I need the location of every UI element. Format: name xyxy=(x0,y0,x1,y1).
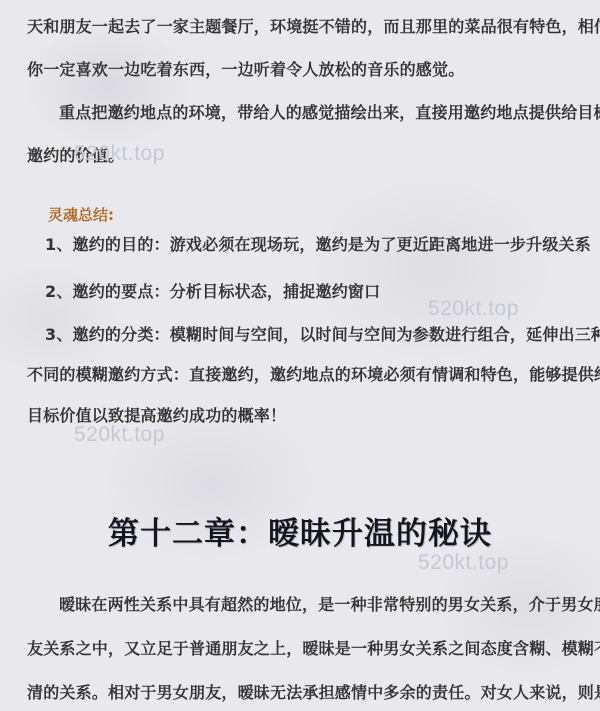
list-item-line: 1、邀约的目的：游戏必须在现场玩，邀约是为了更近距离地进一步升级关系 xyxy=(45,236,591,254)
document-page: { "colors": { "background": "#e9e8ec", "… xyxy=(0,0,600,711)
watermark: 520kt.top xyxy=(74,142,165,166)
paragraph-line: 重点把邀约地点的环境，带给人的感觉描绘出来，直接用邀约地点提供给目标 xyxy=(59,104,600,122)
list-item-line: 目标价值以致提高邀约成功的概率！ xyxy=(27,407,286,425)
paragraph-line: 清的关系。相对于男女朋友，暧昧无法承担感情中多余的责任。对女人来说，则是 xyxy=(27,684,600,702)
paragraph-line: 友关系之中，又立足于普通朋友之上，暧昧是一种男女关系之间态度含糊、模糊不 xyxy=(27,640,600,658)
paragraph-line: 你一定喜欢一边吃着东西，一边听着令人放松的音乐的感觉。 xyxy=(27,61,464,79)
watermark: 520kt.top xyxy=(428,297,519,321)
paragraph-line: 天和朋友一起去了一家主题餐厅，环境挺不错的，而且那里的菜品很有特色，相信 xyxy=(27,18,600,36)
summary-heading: 灵魂总结: xyxy=(48,204,114,225)
list-item-line: 不同的模糊邀约方式：直接邀约，邀约地点的环境必须有情调和特色，能够提供给 xyxy=(27,366,600,384)
list-item-line: 2、邀约的要点：分析目标状态，捕捉邀约窗口 xyxy=(45,283,380,301)
paragraph-line: 暧昧在两性关系中具有超然的地位，是一种非常特别的男女关系，介于男女朋 xyxy=(59,596,600,614)
watermark: 520kt.top xyxy=(74,423,165,447)
watermark: 520kt.top xyxy=(418,551,509,575)
list-item-line: 3、邀约的分类：模糊时间与空间，以时间与空间为参数进行组合，延伸出三种 xyxy=(45,326,600,344)
chapter-title: 第十二章：暧昧升温的秘诀 xyxy=(0,508,600,553)
